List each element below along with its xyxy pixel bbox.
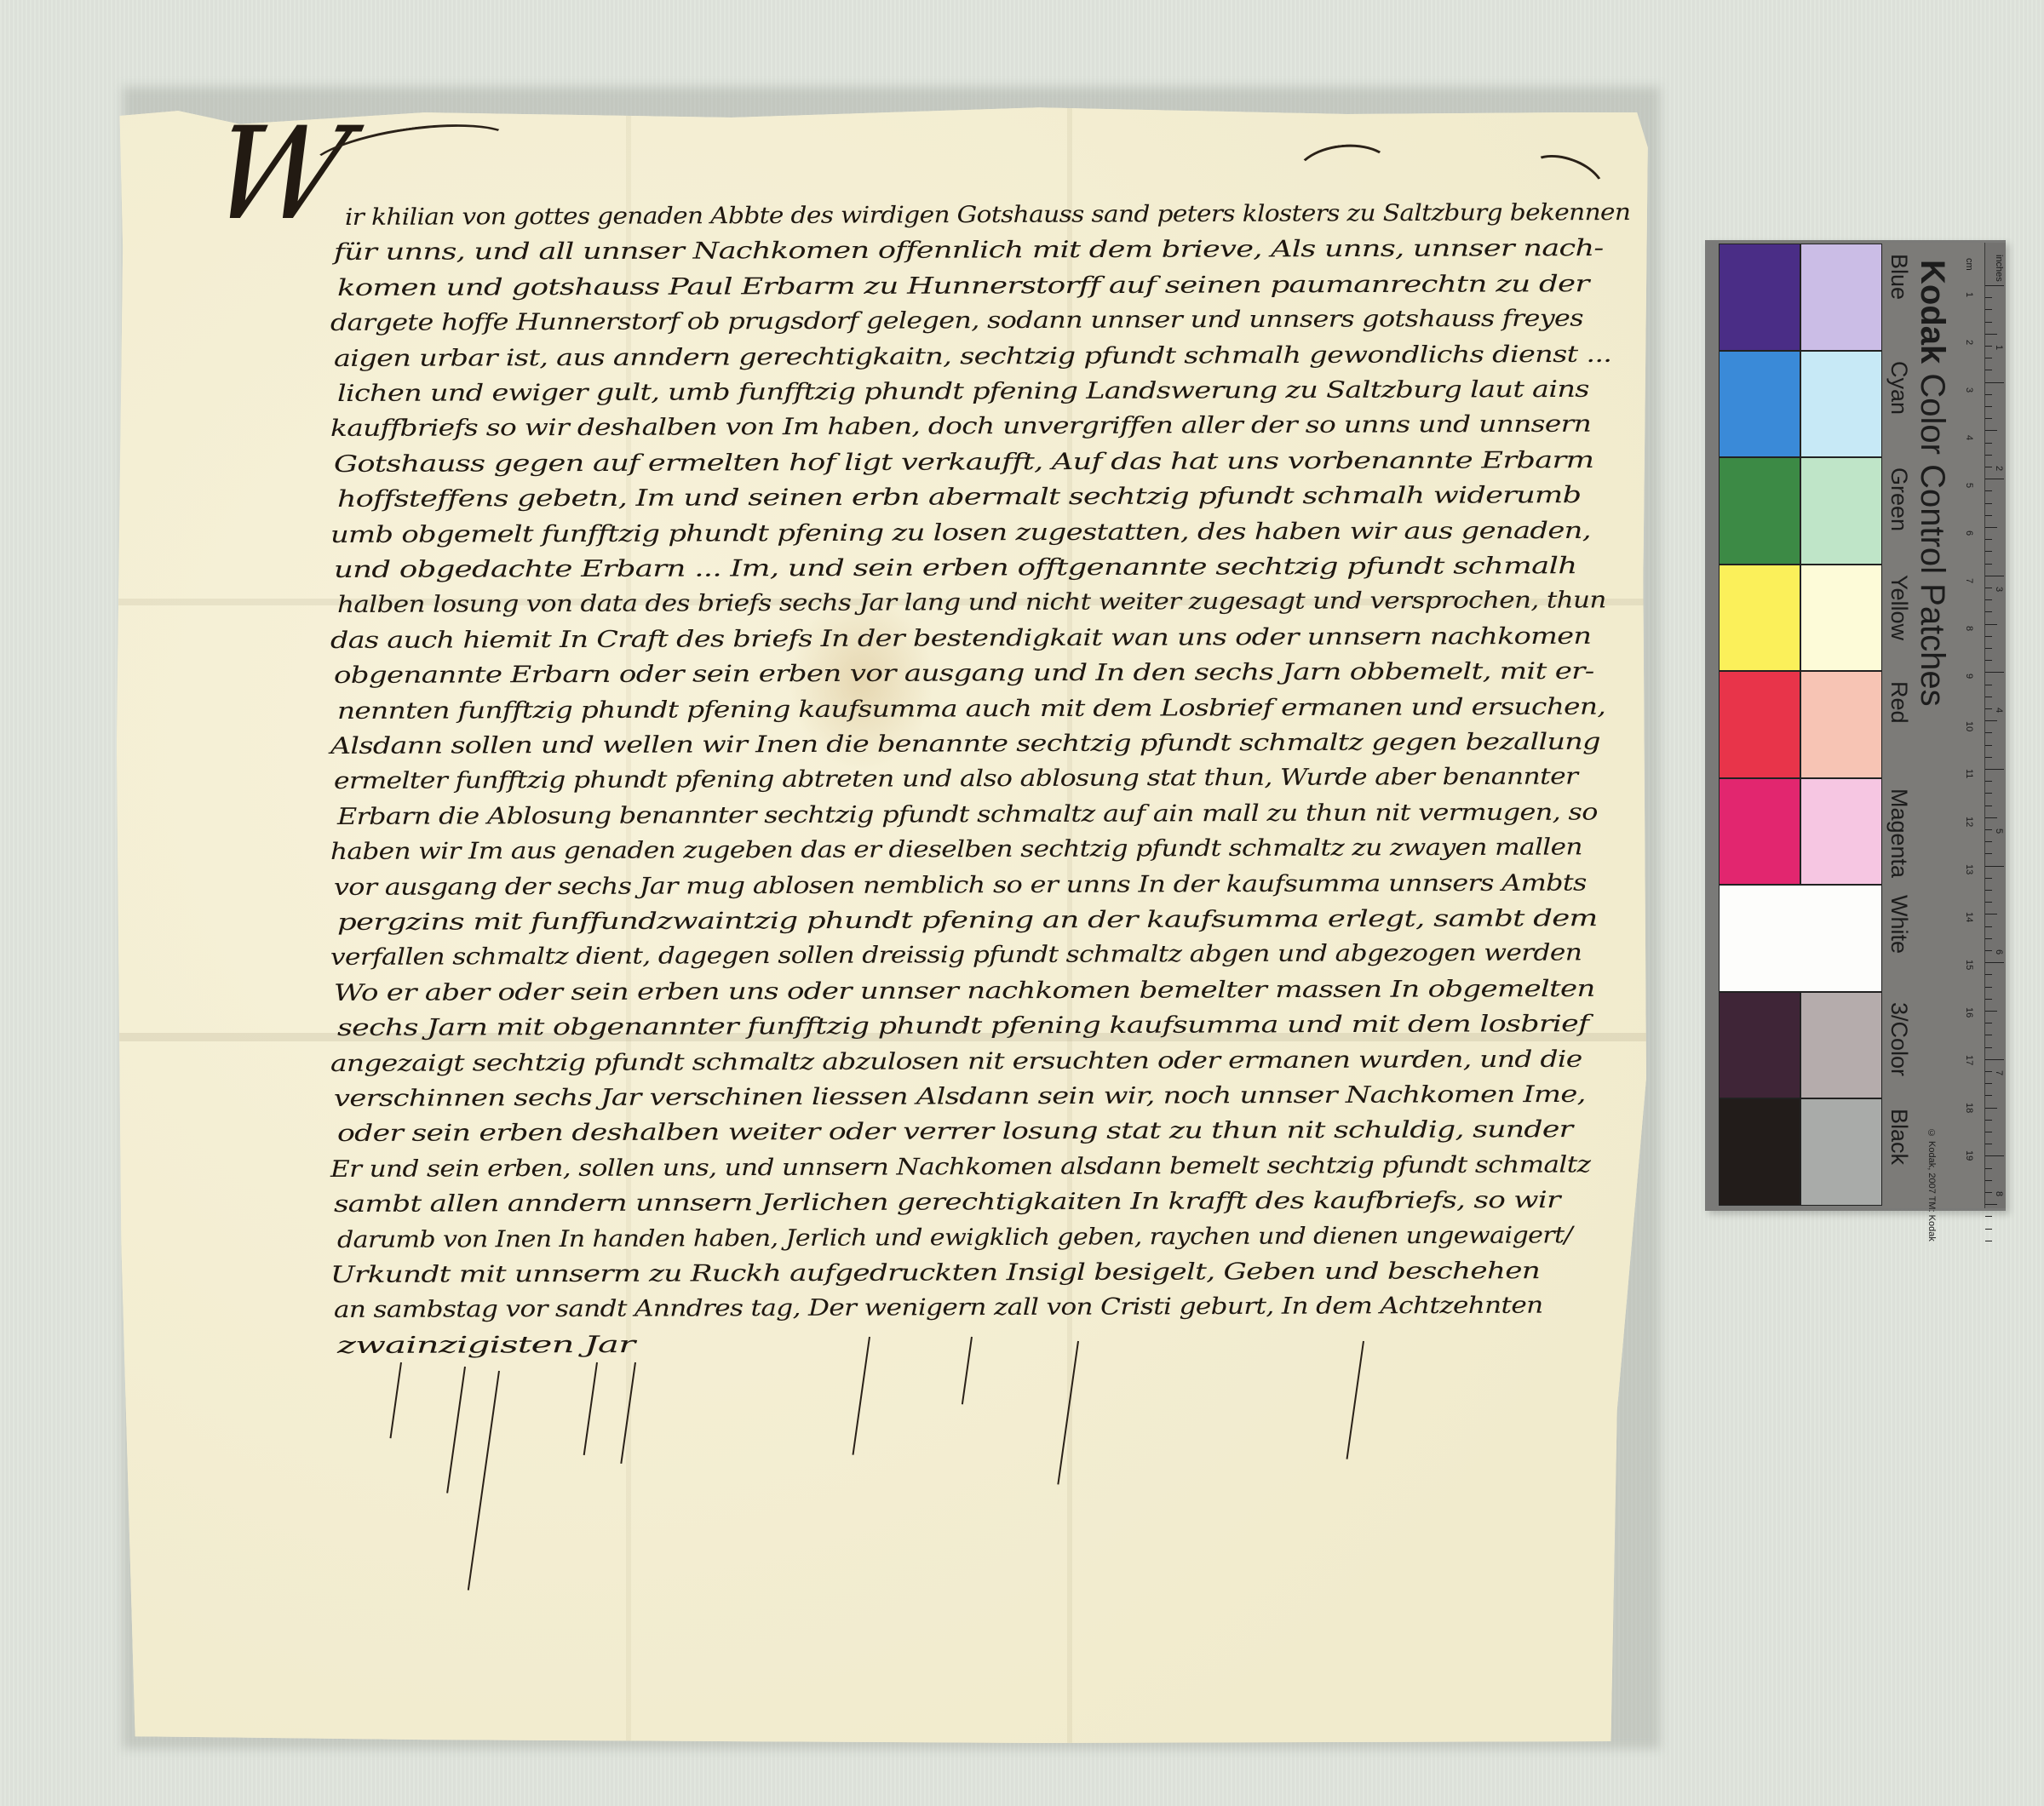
ruler-tick xyxy=(1985,1059,2004,1060)
ruler-cm-label: 17 xyxy=(1964,1055,1974,1065)
ruler-tick xyxy=(1985,829,1992,830)
manuscript-line: und obgedachte Erbarn ... Im, und sein e… xyxy=(334,553,1577,583)
manuscript-line: für unns, und all unnser Nachkomen offen… xyxy=(334,235,1604,266)
ruler-tick xyxy=(1985,793,1992,794)
pen-descender-stroke xyxy=(583,1362,598,1455)
ruler-tick xyxy=(1985,1229,1992,1230)
ruler-cm-label: 13 xyxy=(1964,864,1974,874)
ruler-tick xyxy=(1985,309,1992,310)
manuscript-line: pergzins mit funffundzwaintzig phundt pf… xyxy=(337,905,1598,936)
ruler-cm-label: 10 xyxy=(1964,721,1974,731)
ruler-tick xyxy=(1985,551,1992,552)
manuscript-line: ermelter funfftzig phundt pfening abtret… xyxy=(334,764,1578,794)
ruler-unit-inches: inches xyxy=(1994,255,2004,282)
ruler-cm-label: 3 xyxy=(1964,387,1974,393)
color-patch-red-dark xyxy=(1719,671,1800,778)
ruler-cm-label: 18 xyxy=(1964,1103,1974,1113)
ruler-tick xyxy=(1985,697,1992,697)
manuscript-line: halben losung von data des briefs sechs … xyxy=(337,588,1606,619)
patch-label: Yellow xyxy=(1886,575,1912,640)
ruler-inch-label: 8 xyxy=(1994,1191,2004,1196)
ruler-tick xyxy=(1985,878,1992,879)
color-patch-yellow-light xyxy=(1800,565,1882,672)
ruler-inch-label: 4 xyxy=(1994,708,2004,713)
ruler-tick xyxy=(1985,648,1992,649)
ruler-tick xyxy=(1985,769,2004,770)
ruler-tick xyxy=(1985,926,1992,927)
ruler-tick xyxy=(1985,660,1992,661)
manuscript-line: obgenannte Erbarn oder sein erben vor au… xyxy=(334,658,1594,689)
ruler-tick xyxy=(1985,902,1992,903)
pen-descender-stroke xyxy=(1057,1341,1079,1485)
pen-descender-stroke xyxy=(446,1367,466,1494)
strip-copyright: © Kodak, 2007 TM: Kodak xyxy=(1926,1128,1937,1241)
ruler-tick xyxy=(1985,1120,1992,1121)
pen-descender-stroke xyxy=(468,1371,500,1591)
kodak-color-control-strip: Kodak Color Control Patches © Kodak, 200… xyxy=(1705,240,2006,1211)
ruler-tick xyxy=(1985,490,1992,491)
manuscript-line: sechs Jarn mit obgenannter funfftzig phu… xyxy=(337,1011,1589,1041)
ruler-tick xyxy=(1985,1180,1992,1181)
ruler-tick xyxy=(1985,890,1992,891)
color-patch-cyan-dark xyxy=(1719,351,1800,458)
ruler-tick xyxy=(1985,636,1992,637)
ruler-tick xyxy=(1985,1035,1992,1035)
ruler-tick xyxy=(1985,430,1997,431)
manuscript-line: Alsdann sollen und wellen wir Inen die b… xyxy=(330,729,1600,760)
ruler-tick xyxy=(1985,406,1992,407)
manuscript-line: das auch hiemit In Craft des briefs In d… xyxy=(330,623,1591,654)
ruler-cm-label: 2 xyxy=(1964,340,1974,345)
ruler-inch-label: 7 xyxy=(1994,1070,2004,1075)
ruler-tick xyxy=(1985,1108,1997,1109)
ruler-tick xyxy=(1985,1132,1992,1132)
color-patch-yellow-dark xyxy=(1719,565,1800,672)
ruler-tick xyxy=(1985,999,1992,1000)
ruler-tick xyxy=(1985,1083,1992,1084)
ruler-tick xyxy=(1985,1071,1992,1072)
ruler-tick xyxy=(1985,370,1992,370)
color-patch-3-color-dark xyxy=(1719,992,1800,1099)
manuscript-line: angezaigt sechtzig pfundt schmaltz abzul… xyxy=(330,1046,1582,1076)
ruler-tick xyxy=(1985,1192,1992,1193)
ruler-tick xyxy=(1985,467,1992,467)
manuscript-line: an sambstag vor sandt Anndres tag, Der w… xyxy=(334,1293,1543,1323)
ruler-tick xyxy=(1985,685,1992,685)
ruler-cm-label: 7 xyxy=(1964,578,1974,583)
color-patch-green-light xyxy=(1800,457,1882,565)
manuscript-line: verfallen schmaltz dient, dagegen sollen… xyxy=(330,940,1582,972)
patch-label: 3/Color xyxy=(1886,1002,1912,1076)
color-patch-magenta-dark xyxy=(1719,778,1800,886)
ruler-tick xyxy=(1985,358,1992,358)
patch-label: Blue xyxy=(1886,254,1912,300)
ruler-tick xyxy=(1985,672,2004,673)
ruler-tick xyxy=(1985,781,1992,782)
manuscript-line: Gotshauss gegen auf ermelten hof ligt ve… xyxy=(334,447,1593,478)
ruler-cm-label: 1 xyxy=(1964,292,1974,297)
ruler-tick xyxy=(1985,576,2004,576)
ruler-cm-label: 4 xyxy=(1964,435,1974,440)
ruler-tick xyxy=(1985,455,1992,456)
ruler-tick xyxy=(1985,346,1992,347)
ruler-tick xyxy=(1985,418,1992,419)
manuscript-line: haben wir Im aus genaden zugeben das er … xyxy=(330,834,1582,866)
ruler-tick xyxy=(1985,938,1992,939)
ruler-inch-label: 5 xyxy=(1994,828,2004,834)
patch-label: White xyxy=(1886,895,1912,954)
ruler-cm-label: 16 xyxy=(1964,1007,1974,1018)
manuscript-line: oder sein erben deshalben weiter oder ve… xyxy=(337,1116,1573,1147)
ruler-tick xyxy=(1985,297,1992,298)
ruler-tick xyxy=(1985,745,1992,746)
ruler-tick xyxy=(1985,564,1992,565)
ruler-tick xyxy=(1985,539,1992,540)
ruler-tick xyxy=(1985,1095,1992,1096)
ruler-tick xyxy=(1985,322,1992,323)
manuscript-line: nennten funfftzig phundt pfening kaufsum… xyxy=(337,693,1605,724)
manuscript-line: Erbarn die Ablosung benannter sechtzig p… xyxy=(337,799,1598,829)
ruler-inch-label: 1 xyxy=(1994,345,2004,350)
patch-label: Black xyxy=(1886,1109,1912,1165)
manuscript-line: kauffbriefs so wir deshalben von Im habe… xyxy=(330,411,1591,442)
ruler-cm-label: 8 xyxy=(1964,626,1974,631)
ruler-tick xyxy=(1985,732,1992,733)
manuscript-line: Wo er aber oder sein erben uns oder unns… xyxy=(334,976,1595,1006)
ruler-inch-label: 2 xyxy=(1994,466,2004,471)
ruler-cm-label: 19 xyxy=(1964,1150,1974,1161)
ruler-cm-label: 14 xyxy=(1964,912,1974,922)
ruler-tick xyxy=(1985,624,1997,625)
ruler-tick xyxy=(1985,1241,1992,1241)
pen-descender-stroke xyxy=(853,1337,870,1455)
ruler-tick xyxy=(1985,1216,1992,1217)
manuscript-line: lichen und ewiger gult, umb funfftzig ph… xyxy=(337,376,1589,407)
ruler-tick xyxy=(1985,611,1992,612)
ruler-tick xyxy=(1985,1204,1997,1205)
ruler-tick xyxy=(1985,1144,1992,1144)
ruler-tick xyxy=(1985,708,1992,709)
ruler-cm-label: 6 xyxy=(1964,530,1974,536)
ruler-tick xyxy=(1985,720,1997,721)
ruler-tick xyxy=(1985,382,2004,383)
color-patch-green-dark xyxy=(1719,457,1800,565)
ruler-tick xyxy=(1985,515,1992,516)
color-patch-black-light xyxy=(1800,1098,1882,1206)
color-patch-red-light xyxy=(1800,671,1882,778)
manuscript-line: umb obgemelt funfftzig phundt pfening zu… xyxy=(330,517,1591,548)
manuscript-line: komen und gotshauss Paul Erbarm zu Hunne… xyxy=(337,271,1589,301)
patch-label: Cyan xyxy=(1886,361,1912,415)
pen-descender-stroke xyxy=(1346,1341,1364,1459)
pen-descender-stroke xyxy=(962,1337,973,1404)
ruler-inch-label: 3 xyxy=(1994,587,2004,592)
manuscript-line: sambt allen anndern unnsern Jerlichen ge… xyxy=(334,1187,1560,1218)
patch-label: Green xyxy=(1886,467,1912,531)
ruler-unit-cm: cm xyxy=(1964,258,1974,271)
ruler-cm-label: 11 xyxy=(1964,769,1974,778)
manuscript-line: verschinnen sechs Jar verschinen liessen… xyxy=(334,1081,1586,1112)
patch-label: Magenta xyxy=(1886,788,1912,878)
ruler-tick xyxy=(1985,599,1992,600)
pen-descender-stroke xyxy=(389,1362,402,1438)
strip-ruler: inches12345678 xyxy=(1984,243,2006,1208)
color-patch-cyan-light xyxy=(1800,351,1882,458)
ruler-tick xyxy=(1985,817,1997,818)
patch-label: Red xyxy=(1886,681,1912,724)
color-patch-white xyxy=(1719,885,1882,992)
ruler-tick xyxy=(1985,503,1992,504)
manuscript-line: dargete hoffe Hunnerstorf ob prugsdorf g… xyxy=(330,306,1583,336)
ruler-tick xyxy=(1985,757,1992,758)
ruler-tick xyxy=(1985,1023,1992,1023)
manuscript-line: Urkundt mit unnserm zu Ruckh aufgedruckt… xyxy=(330,1258,1540,1288)
ruler-tick xyxy=(1985,841,1992,842)
ruler-tick xyxy=(1985,479,2004,479)
ruler-tick xyxy=(1985,853,1992,854)
ruler-tick xyxy=(1985,962,2004,963)
color-patch-black-dark xyxy=(1719,1098,1800,1206)
ruler-tick xyxy=(1985,974,1992,975)
ruler-tick xyxy=(1985,1011,1997,1012)
ruler-tick xyxy=(1985,866,2004,867)
ruler-inch-label: 6 xyxy=(1994,949,2004,955)
manuscript-line: zwainzigisten Jar xyxy=(337,1332,635,1359)
ruler-cm-label: 9 xyxy=(1964,674,1974,679)
ruler-tick xyxy=(1985,987,1992,988)
manuscript-line: vor ausgang der sechs Jar mug ablosen ne… xyxy=(334,869,1587,900)
ruler-cm-label: 15 xyxy=(1964,960,1974,970)
color-patch-magenta-light xyxy=(1800,778,1882,886)
ruler-cm-label: 12 xyxy=(1964,817,1974,827)
pen-descender-stroke xyxy=(620,1362,636,1464)
ruler-tick xyxy=(1985,443,1992,444)
manuscript-line: Er und sein erben, sollen uns, und unnse… xyxy=(330,1151,1591,1183)
ruler-cm-label: 5 xyxy=(1964,483,1974,488)
strip-brand: Kodak Color Control Patches xyxy=(1913,260,1951,707)
ruler-tick xyxy=(1985,527,1997,528)
ruler-tick xyxy=(1985,394,1992,395)
ruler-tick xyxy=(1985,285,2004,286)
ruler-tick xyxy=(1985,334,1997,335)
ruler-tick xyxy=(1985,1168,1992,1169)
ruler-tick xyxy=(1985,950,1992,951)
manuscript-line: ir khilian von gottes genaden Abbte des … xyxy=(345,199,1631,231)
manuscript-line: aigen urbar ist, aus anndern gerechtigka… xyxy=(334,341,1611,371)
manuscript-line: hoffsteffens gebetn, Im und seinen erbn … xyxy=(337,482,1582,513)
manuscript-line: darumb von Inen In handen haben, Jerlich… xyxy=(337,1222,1572,1253)
ruler-tick xyxy=(1985,1047,1992,1048)
ruler-tick xyxy=(1985,1155,2004,1156)
color-patch-3-color-light xyxy=(1800,992,1882,1099)
color-patch-blue-dark xyxy=(1719,244,1800,351)
ruler-tick xyxy=(1985,588,1992,588)
ruler-tick xyxy=(1985,806,1992,806)
color-patch-blue-light xyxy=(1800,244,1882,351)
ruler-tick xyxy=(1985,914,1997,914)
